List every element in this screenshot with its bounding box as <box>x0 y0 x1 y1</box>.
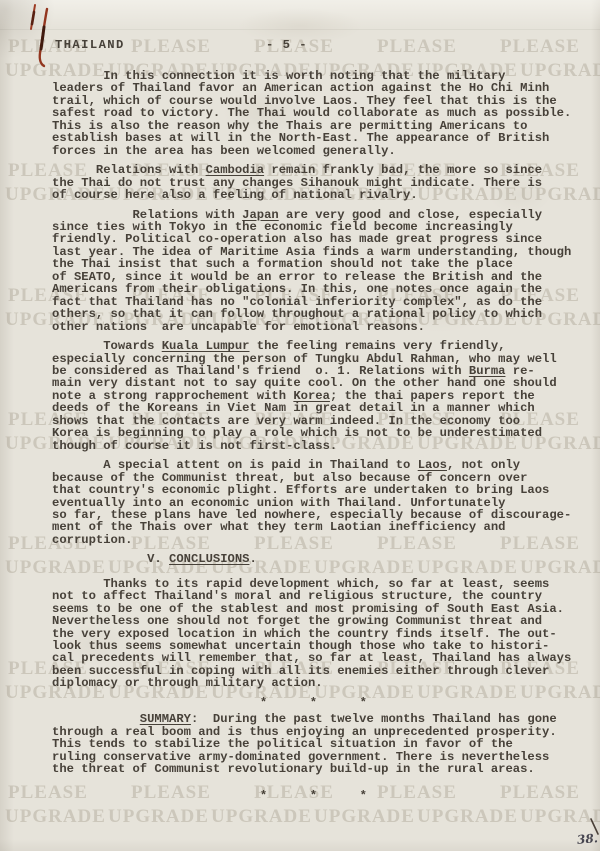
paragraph: SUMMARY: During the past twelve months T… <box>52 713 597 775</box>
asterisk-separator: * * * <box>52 790 597 802</box>
document-body: In this connection it is worth noting th… <box>52 70 597 806</box>
paragraph: Towards Kuala Lumpur the feeling remains… <box>52 340 597 452</box>
watermark-word: UPGRADE <box>314 806 415 828</box>
page-number: - 5 - <box>266 38 308 52</box>
watermark-word: PLEASE <box>377 36 457 58</box>
paragraph: Thanks to its rapid development which, s… <box>52 578 597 690</box>
paragraph: A special attent on is paid in Thailand … <box>52 459 597 546</box>
watermark-word: UPGRADE <box>5 806 106 828</box>
handwritten-page-note: 38. <box>576 831 598 847</box>
paper-crease <box>0 29 600 30</box>
paragraph: Relations with Japan are very good and c… <box>52 209 597 334</box>
paragraph: In this connection it is worth noting th… <box>52 70 597 157</box>
watermark-word: UPGRADE <box>520 806 600 828</box>
watermark-word: UPGRADE <box>211 806 312 828</box>
ink-mark <box>22 1 62 71</box>
asterisk-separator: * * * <box>52 697 597 709</box>
watermark-word: PLEASE <box>131 36 211 58</box>
scanned-document-page: PLEASEPLEASEPLEASEPLEASEPLEASEUPGRADEUPG… <box>0 0 600 851</box>
watermark-word: UPGRADE <box>417 806 518 828</box>
paragraph: Relations with Cambodia remain frankly b… <box>52 164 597 201</box>
watermark-word: PLEASE <box>500 36 580 58</box>
section-heading: V. CONCLUSIONS. <box>52 553 597 565</box>
doc-title: THAILAND <box>55 38 125 52</box>
watermark-word: UPGRADE <box>108 806 209 828</box>
